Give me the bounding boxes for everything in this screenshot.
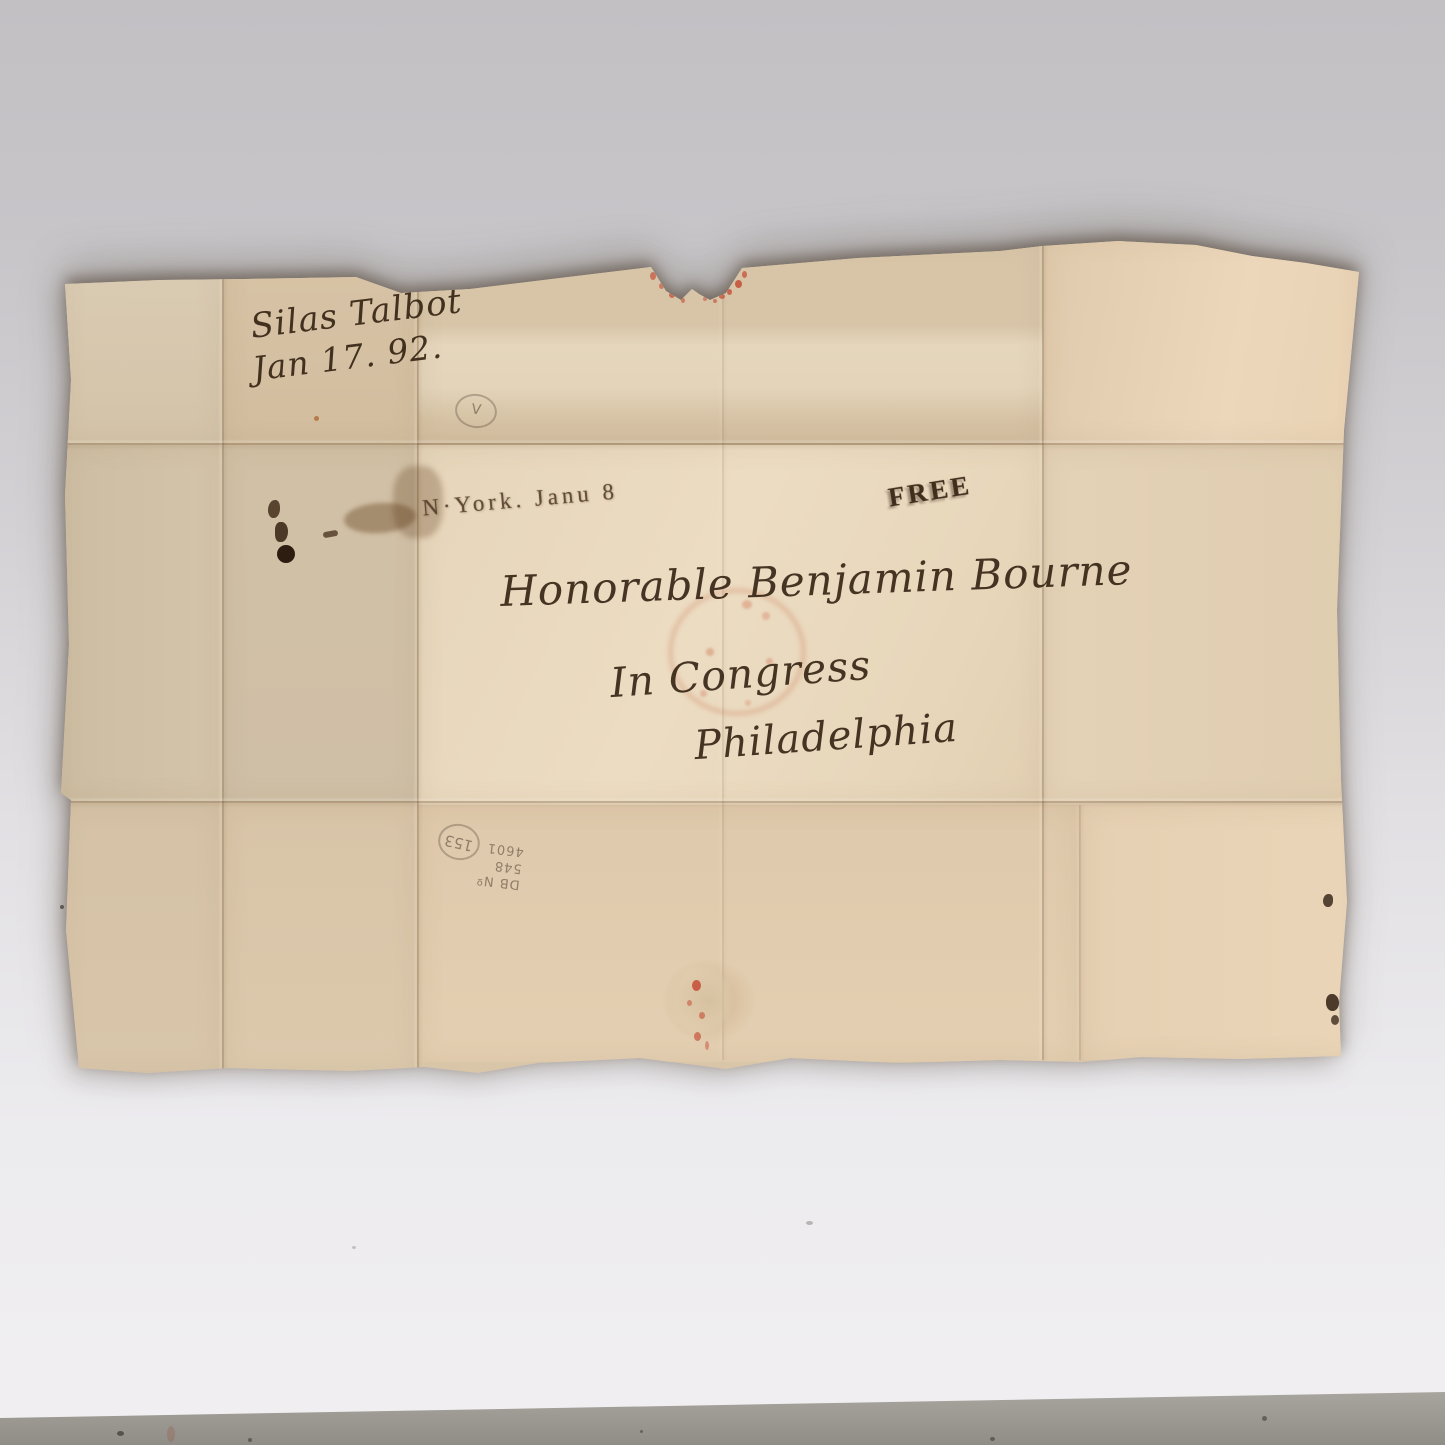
wax-speck xyxy=(719,294,725,299)
wax-speck xyxy=(669,292,675,298)
wax-speck xyxy=(681,298,685,303)
paper-panel-mid-left2 xyxy=(223,445,418,802)
letter-shadow-wrap: Silas Talbot Jan 17. 92. V N·York. Janu … xyxy=(0,0,1445,1445)
wax-speck xyxy=(735,280,742,288)
photo-scene: Silas Talbot Jan 17. 92. V N·York. Janu … xyxy=(0,0,1445,1445)
wax-speck xyxy=(699,1012,705,1019)
wax-speck xyxy=(694,1032,701,1041)
red-stamp-speck xyxy=(745,700,751,706)
fold-line-vertical-1 xyxy=(222,240,224,1073)
wax-speck xyxy=(703,297,707,301)
fold-line-horizontal-1 xyxy=(62,443,1359,445)
fold-line-horizontal-2 xyxy=(60,801,1348,803)
folded-letter-cover: Silas Talbot Jan 17. 92. V N·York. Janu … xyxy=(0,0,1445,1445)
red-stamp-speck xyxy=(762,612,770,620)
pencil-letter: V xyxy=(470,401,482,418)
wax-speck xyxy=(692,980,701,991)
fold-line-vertical-4 xyxy=(1079,805,1081,1060)
paper-panel-mid-left xyxy=(60,445,223,802)
paper-panel-bottom-left2 xyxy=(223,802,418,1075)
wax-grease-sheen xyxy=(672,968,730,1032)
paper-panel-top-center xyxy=(418,238,1043,445)
wax-speck xyxy=(705,1041,709,1050)
wax-speck xyxy=(727,289,732,295)
edge-stain xyxy=(1323,894,1333,907)
paper-panel-top-right xyxy=(1043,238,1362,445)
pencil-inventory-note: DB Nº 548 4601 xyxy=(465,837,525,892)
rust-speck xyxy=(314,416,319,421)
ink-blot xyxy=(277,545,295,563)
paper-panel-bottom-right xyxy=(1080,805,1362,1060)
wax-speck xyxy=(742,271,747,278)
wax-speck xyxy=(694,288,697,291)
edge-stain xyxy=(1331,1015,1339,1025)
paper-panel-mid-right xyxy=(1043,445,1362,805)
wax-speck xyxy=(659,283,664,289)
wax-speck xyxy=(713,299,717,303)
edge-stain xyxy=(1326,994,1339,1011)
fold-line-vertical-3 xyxy=(1042,240,1044,1060)
wax-speck xyxy=(650,272,656,280)
paper-panel-top-left xyxy=(60,238,223,445)
paper-panel-bottom-left xyxy=(60,802,223,1075)
wax-speck xyxy=(687,1000,692,1006)
